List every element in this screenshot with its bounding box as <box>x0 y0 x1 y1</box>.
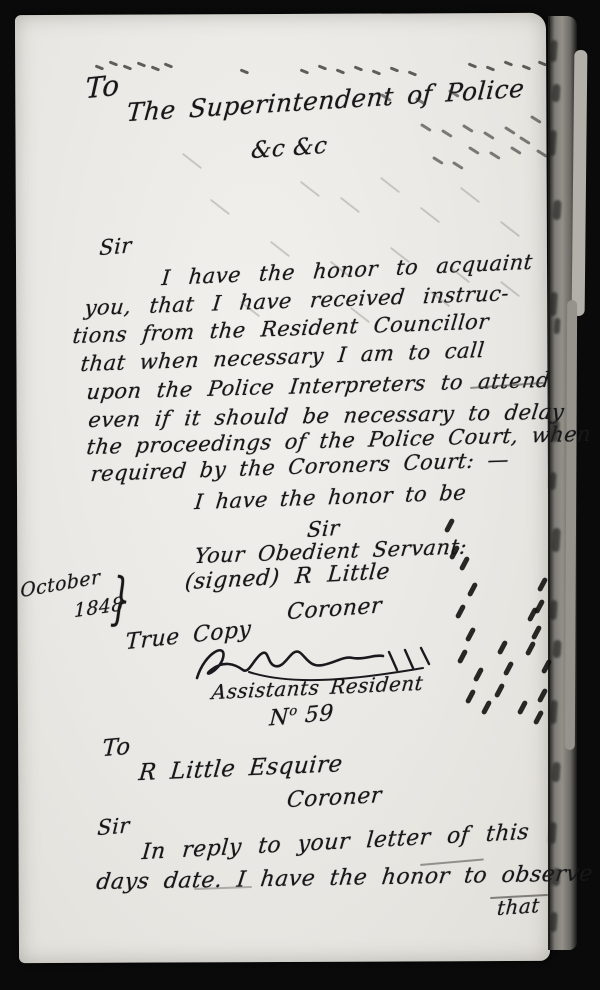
binding-smudge <box>553 318 560 334</box>
letter2-salutation: Sir <box>97 813 131 840</box>
letter2-addressee-title: Coroner <box>286 783 383 813</box>
binding-smudge <box>548 472 556 490</box>
binding-smudge <box>551 528 561 552</box>
letter1-to-label: To <box>85 68 120 105</box>
copy-number-digits: 59 <box>304 701 334 729</box>
scanned-manuscript-photo: To The Superintendent of Police &c &c Si… <box>0 0 600 990</box>
letter1-etcetera: &c &c <box>250 133 328 165</box>
binding-smudge <box>549 600 557 620</box>
copy-number-superscript: o <box>289 704 298 720</box>
letter2-to-label: To <box>102 734 132 763</box>
binding-smudge <box>551 84 560 103</box>
margin-date-brace: } <box>110 566 132 635</box>
binding-smudge <box>552 640 561 659</box>
binding-smudge <box>552 200 561 221</box>
page-stack-edge-upper <box>572 50 588 316</box>
binding-smudge <box>551 762 560 783</box>
binding-smudge <box>551 868 560 887</box>
letter1-salutation: Sir <box>99 233 133 260</box>
binding-smudge <box>550 420 560 443</box>
copy-number-prefix: N <box>269 705 290 732</box>
binding-smudge <box>549 912 557 932</box>
